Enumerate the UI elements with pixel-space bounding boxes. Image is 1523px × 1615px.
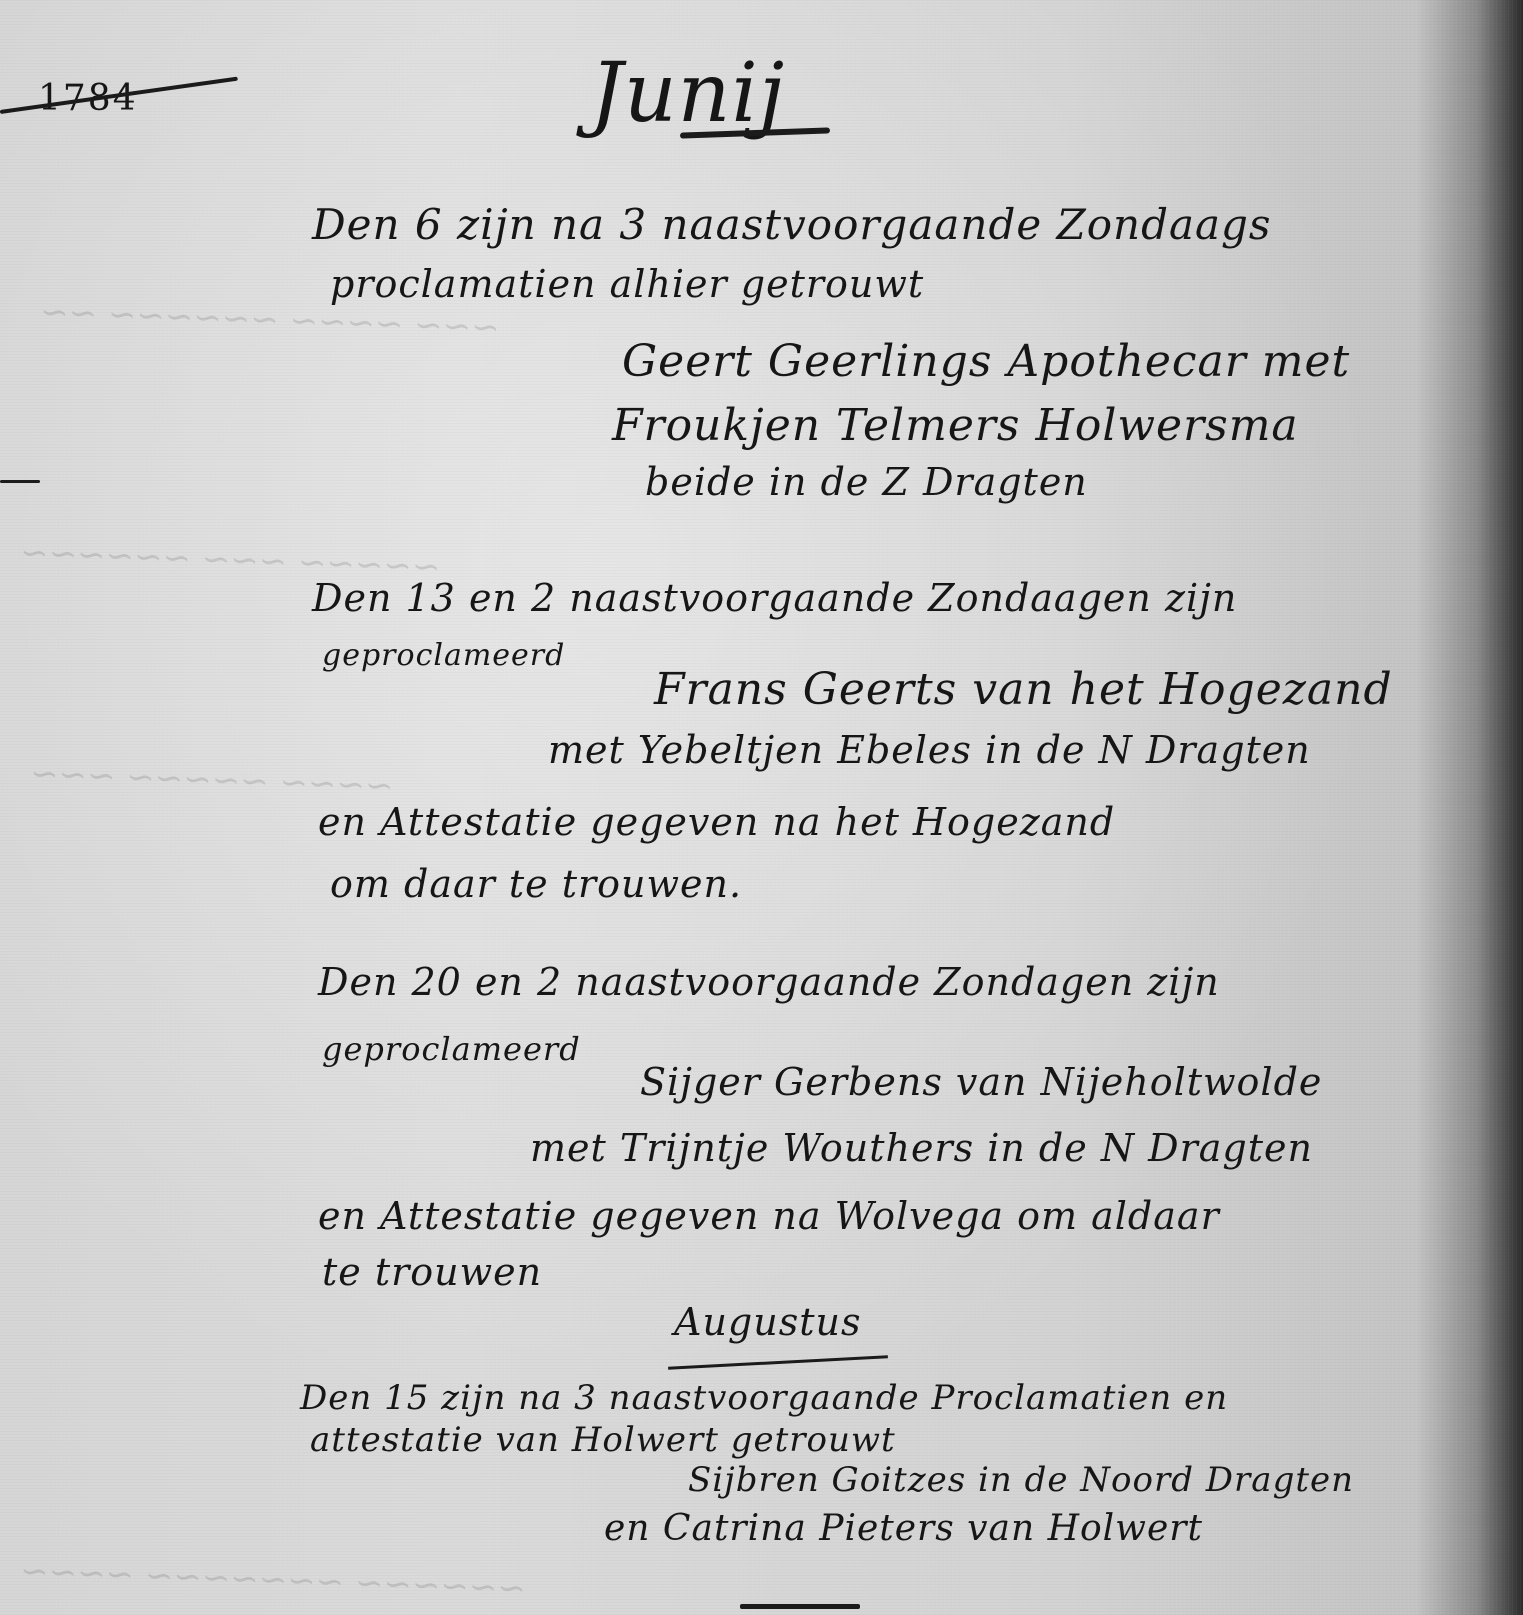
entry-1-line-4: Froukjen Telmers Holwersma xyxy=(612,400,1299,451)
bleed-through-text: ~~~~ ~~~~~ ~~~ xyxy=(29,754,394,807)
entry-3-line-2: geproclameerd xyxy=(322,1030,581,1068)
entry-1-line-2: proclamatien alhier getrouwt xyxy=(330,262,924,306)
month-title-augustus: Augustus xyxy=(674,1300,861,1344)
entry-4-line-2: attestatie van Holwert getrouwt xyxy=(310,1420,896,1460)
entry-2-line-5: en Attestatie gegeven na het Hogezand xyxy=(318,800,1115,844)
entry-3-line-1: Den 20 en 2 naastvoorgaande Zondagen zij… xyxy=(318,960,1220,1004)
entry-1-line-1: Den 6 zijn na 3 naastvoorgaande Zondaags xyxy=(312,200,1271,249)
entry-2-line-1: Den 13 en 2 naastvoorgaande Zondaagen zi… xyxy=(312,576,1237,620)
cutoff-ink-stroke xyxy=(740,1604,860,1609)
entry-4-line-3: Sijbren Goitzes in de Noord Dragten xyxy=(688,1460,1354,1500)
entry-2-line-4: met Yebeltjen Ebeles in de N Dragten xyxy=(548,728,1311,772)
entry-3-line-3: Sijger Gerbens van Nijeholtwolde xyxy=(640,1060,1322,1104)
entry-1-line-5: beide in de Z Dragten xyxy=(645,460,1088,504)
entry-3-line-4: met Trijntje Wouthers in de N Dragten xyxy=(530,1126,1313,1170)
entry-3-line-5: en Attestatie gegeven na Wolvega om alda… xyxy=(318,1194,1220,1238)
month-title-junij: Junij xyxy=(590,46,785,141)
bleed-through-text: ~~~~~~ ~~~~~~~ ~~~~ xyxy=(19,1551,526,1609)
entry-1-line-3: Geert Geerlings Apothecar met xyxy=(622,336,1350,387)
manuscript-page: ~~~ ~~~~ ~~~~~~ ~~ ~~~~~ ~~~ ~~~~~~ ~~~~… xyxy=(0,0,1523,1615)
entry-4-line-4: en Catrina Pieters van Holwert xyxy=(604,1508,1203,1549)
margin-mark xyxy=(0,480,40,483)
augustus-underline xyxy=(668,1355,888,1370)
entry-3-line-6: te trouwen xyxy=(322,1250,542,1294)
entry-2-line-6: om daar te trouwen. xyxy=(330,862,742,906)
entry-4-line-1: Den 15 zijn na 3 naastvoorgaande Proclam… xyxy=(300,1378,1228,1418)
entry-2-line-2: geproclameerd xyxy=(322,638,565,673)
entry-2-line-3: Frans Geerts van het Hogezand xyxy=(654,664,1393,715)
